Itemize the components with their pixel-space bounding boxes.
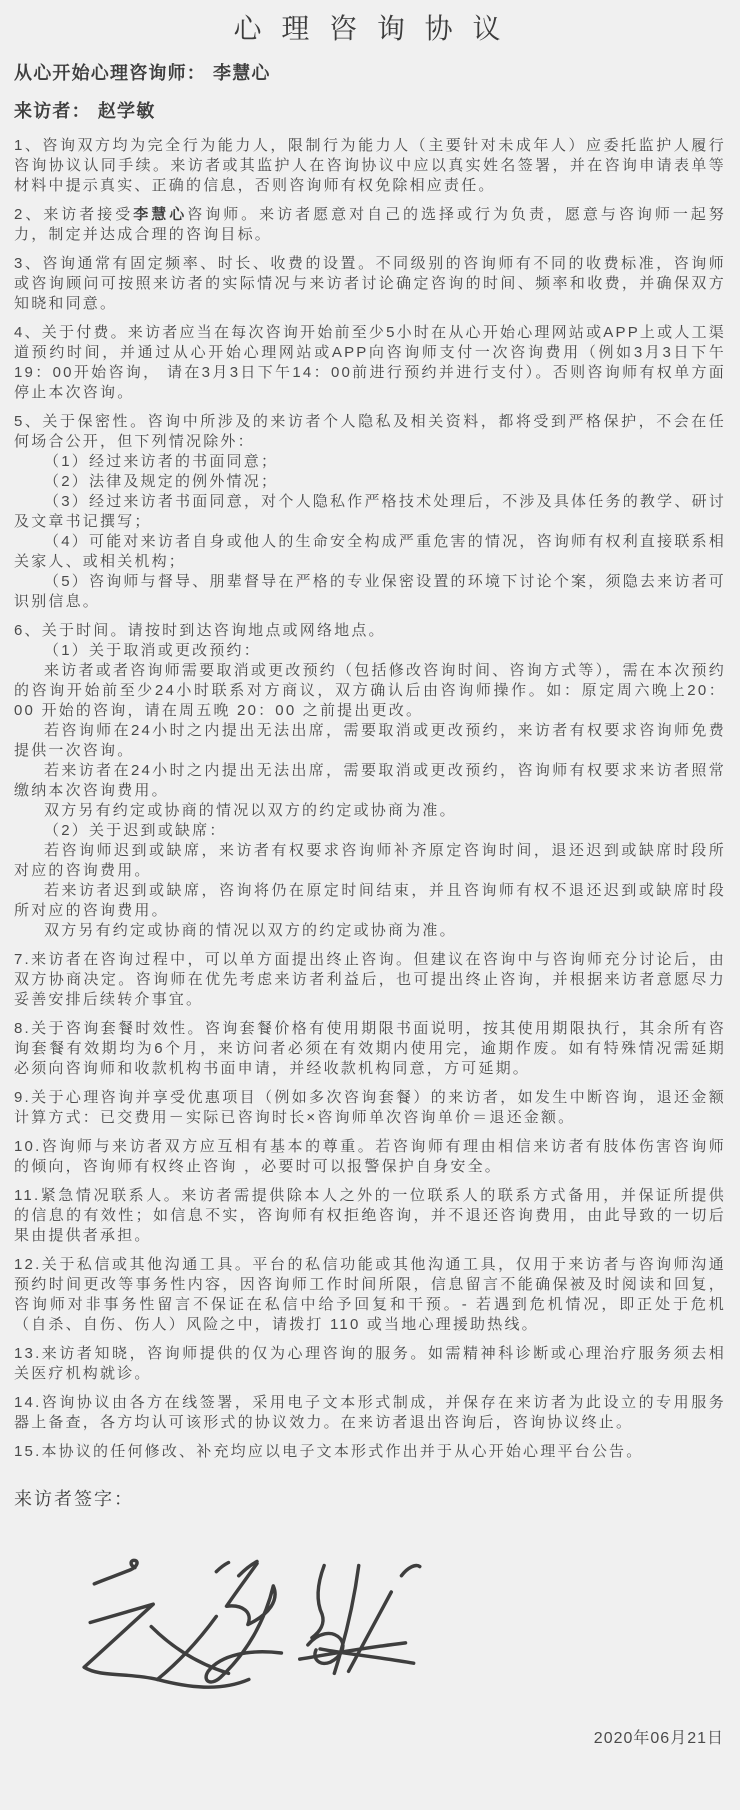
clause-6-item: 来访者或者咨询师需要取消或更改预约（包括修改咨询时间、咨询方式等），需在本次预约… xyxy=(14,661,726,721)
clause-6-item: （1）关于取消或更改预约： xyxy=(14,641,726,661)
clause-13: 13.来访者知晓，咨询师提供的仅为心理咨询的服务。如需精神科诊断或心理治疗服务须… xyxy=(14,1344,726,1384)
clause-6-item: （2）关于迟到或缺席： xyxy=(14,821,726,841)
clause-2: 2、来访者接受李慧心咨询师。来访者愿意对自己的选择或行为负责，愿意与咨询师一起努… xyxy=(14,205,726,245)
signature-scribble xyxy=(78,1552,434,1692)
signature-area xyxy=(78,1552,434,1692)
clause-5-intro: 5、关于保密性。咨询中所涉及的来访者个人隐私及相关资料，都将受到严格保护，不会在… xyxy=(14,412,726,452)
clause-6-intro: 6、关于时间。请按时到达咨询地点或网络地点。 xyxy=(14,621,726,641)
signature-label: 来访者签字： xyxy=(14,1486,726,1512)
consultant-label: 从心开始心理咨询师： xyxy=(14,63,206,83)
clause-6-item: 双方另有约定或协商的情况以双方的约定或协商为准。 xyxy=(14,921,726,941)
page-title: 心 理 咨 询 协 议 xyxy=(14,8,726,48)
clause-14: 14.咨询协议由各方在线签署，采用电子文本形式制成，并保存在来访者为此设立的专用… xyxy=(14,1393,726,1433)
clause-11: 11.紧急情况联系人。来访者需提供除本人之外的一位联系人的联系方式备用，并保证所… xyxy=(14,1186,726,1246)
clause-6-item: 若咨询师迟到或缺席，来访者有权要求咨询师补齐原定咨询时间，退还迟到或缺席时段所对… xyxy=(14,841,726,881)
clause-8: 8.关于咨询套餐时效性。咨询套餐价格有使用期限书面说明，按其使用期限执行，其余所… xyxy=(14,1019,726,1079)
clause-6-item: 若来访者在24小时之内提出无法出席，需要取消或更改预约，咨询师有权要求来访者照常… xyxy=(14,761,726,801)
clause-5-item: （5）咨询师与督导、朋辈督导在严格的专业保密设置的环境下讨论个案，须隐去来访者可… xyxy=(14,572,726,612)
clause-2-consultant-name: 李慧心 xyxy=(133,206,187,223)
clause-9: 9.关于心理咨询并享受优惠项目（例如多次咨询套餐）的来访者，如发生中断咨询，退还… xyxy=(14,1088,726,1128)
visitor-label: 来访者： xyxy=(14,101,91,121)
clause-5-item: （1）经过来访者的书面同意； xyxy=(14,452,726,472)
clause-5-item: （4）可能对来访者自身或他人的生命安全构成严重危害的情况，咨询师有权利直接联系相… xyxy=(14,532,726,572)
clause-5-item: （2）法律及规定的例外情况； xyxy=(14,472,726,492)
clause-6-item: 若咨询师在24小时之内提出无法出席，需要取消或更改预约，来访者有权要求咨询师免费… xyxy=(14,721,726,761)
agreement-page: 心 理 咨 询 协 议 从心开始心理咨询师：李慧心 来访者：赵学敏 1、咨询双方… xyxy=(0,0,740,1810)
consultant-name: 李慧心 xyxy=(213,63,271,83)
clause-6-item: 若来访者迟到或缺席，咨询将仍在原定时间结束，并且咨询师有权不退还迟到或缺席时段所… xyxy=(14,881,726,921)
signature-date: 2020年06月21日 xyxy=(14,1728,724,1750)
clause-15: 15.本协议的任何修改、补充均应以电子文本形式作出并于从心开始心理平台公告。 xyxy=(14,1442,726,1462)
clause-3: 3、咨询通常有固定频率、时长、收费的设置。不同级别的咨询师有不同的收费标准，咨询… xyxy=(14,254,726,314)
consultant-line: 从心开始心理咨询师：李慧心 xyxy=(14,60,726,86)
clause-5-item: （3）经过来访者书面同意，对个人隐私作严格技术处理后，不涉及具体任务的教学、研讨… xyxy=(14,492,726,532)
clause-6-item: 双方另有约定或协商的情况以双方的约定或协商为准。 xyxy=(14,801,726,821)
clause-4: 4、关于付费。来访者应当在每次咨询开始前至少5小时在从心开始心理网站或APP上或… xyxy=(14,323,726,403)
clause-10: 10.咨询师与来访者双方应互相有基本的尊重。若咨询师有理由相信来访者有肢体伤害咨… xyxy=(14,1137,726,1177)
clause-2-prefix: 2、来访者接受 xyxy=(14,206,133,223)
clause-list: 1、咨询双方均为完全行为能力人，限制行为能力人（主要针对未成年人）应委托监护人履… xyxy=(14,136,726,1462)
clause-7: 7.来访者在咨询过程中，可以单方面提出终止咨询。但建议在咨询中与咨询师充分讨论后… xyxy=(14,950,726,1010)
clause-12: 12.关于私信或其他沟通工具。平台的私信功能或其他沟通工具，仅用于来访者与咨询师… xyxy=(14,1255,726,1335)
clause-1: 1、咨询双方均为完全行为能力人，限制行为能力人（主要针对未成年人）应委托监护人履… xyxy=(14,136,726,196)
visitor-line: 来访者：赵学敏 xyxy=(14,98,726,124)
visitor-name: 赵学敏 xyxy=(98,101,156,121)
